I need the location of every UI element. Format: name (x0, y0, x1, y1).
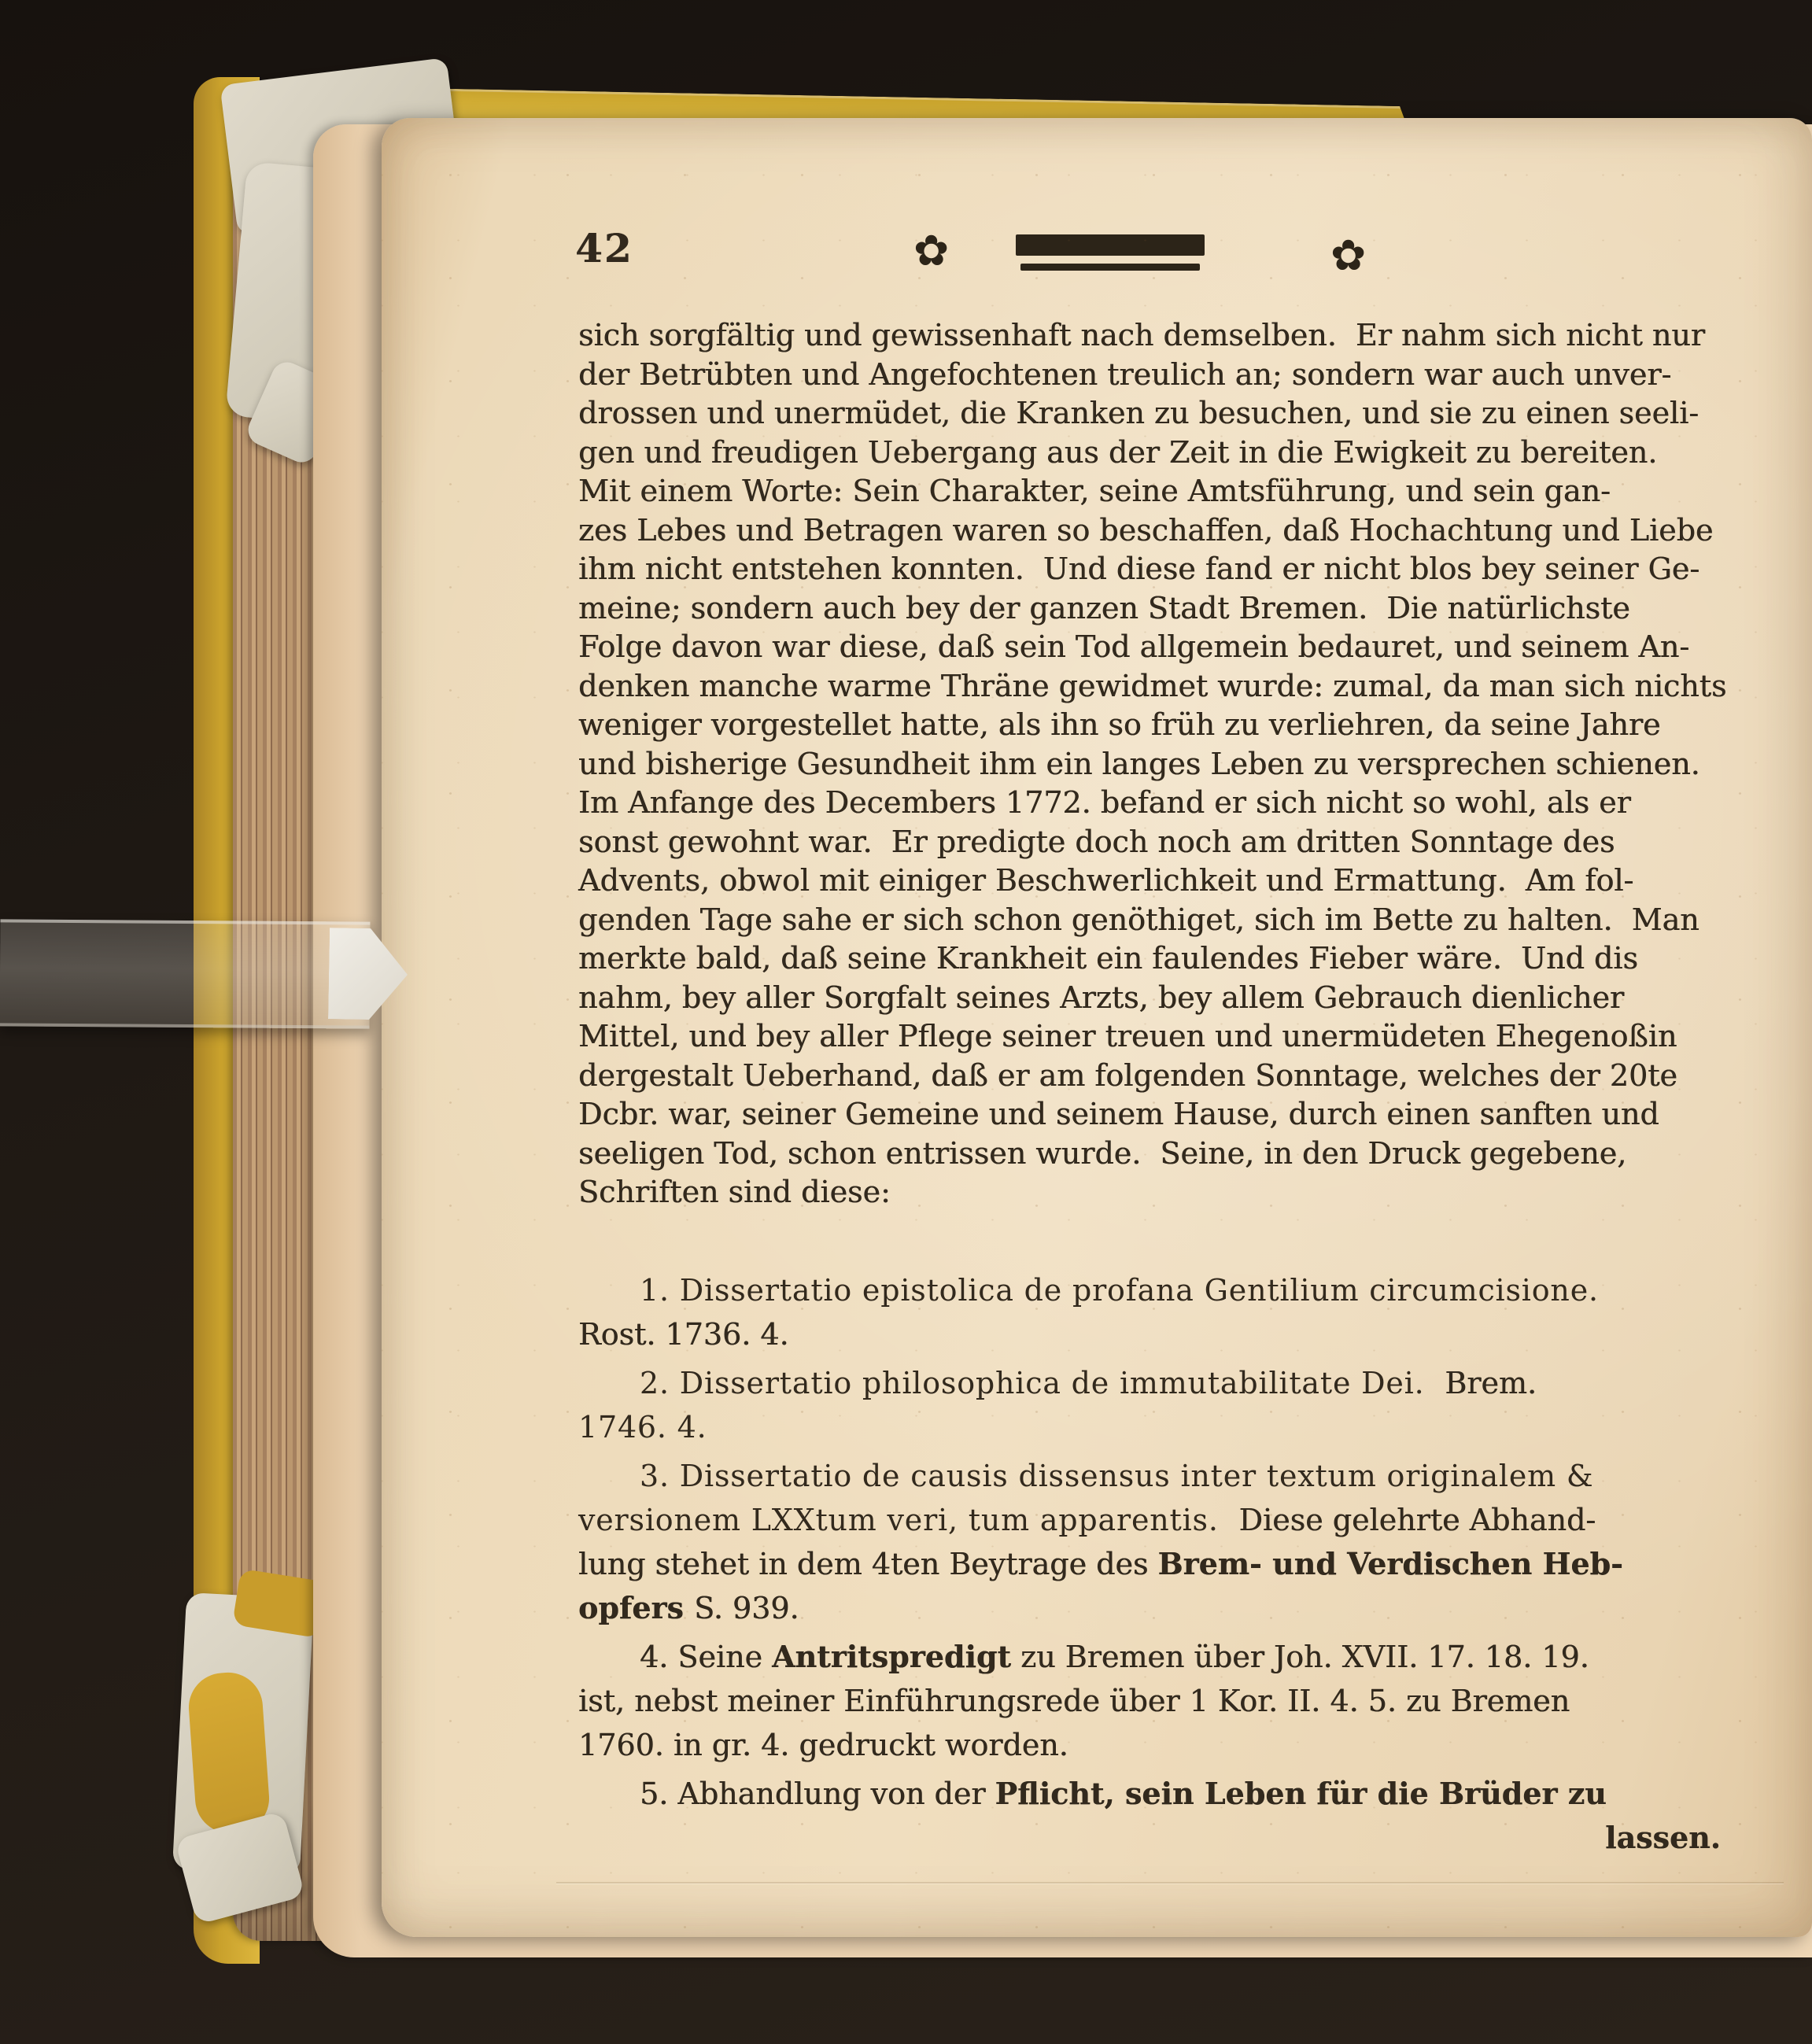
text-line: 4. Seine Antritspredigt zu Bremen über J… (578, 1635, 1721, 1679)
text-segment: Pflicht, sein Leben für die Brüder zu (995, 1776, 1607, 1811)
text-line: genden Tage sahe er sich schon genöthige… (578, 901, 1735, 940)
text-segment: 4. Seine (640, 1640, 772, 1674)
text-line: Mittel, und bey aller Pflege seiner treu… (578, 1017, 1735, 1057)
text-segment: 1. Dissertatio epistolica de profana Gen… (640, 1273, 1599, 1308)
text-segment: 5. Abhandlung von der (640, 1777, 995, 1811)
text-line: lassen. (578, 1816, 1721, 1860)
text-line: dergestalt Ueberhand, daß er am folgende… (578, 1057, 1735, 1096)
body-text: sich sorgfältig und gewissenhaft nach de… (578, 316, 1735, 1212)
text-segment: ist, nebst meiner Einführungsrede über 1… (578, 1684, 1570, 1718)
text-segment: lung stehet in dem 4ten Beytrage des (578, 1547, 1157, 1581)
cover-fragment (186, 1670, 271, 1836)
text-line: opfers S. 939. (578, 1586, 1721, 1630)
text-line: ihm nicht entstehen konnten. Und diese f… (578, 550, 1735, 589)
text-line: 2. Dissertatio philosophica de immutabil… (578, 1361, 1721, 1405)
text-line: 1. Dissertatio epistolica de profana Gen… (578, 1268, 1721, 1312)
text-line: Mit einem Worte: Sein Charakter, seine A… (578, 472, 1735, 511)
text-segment: opfers (578, 1590, 694, 1625)
publication-item: 5. Abhandlung von der Pflicht, sein Lebe… (578, 1772, 1721, 1860)
text-line: seeligen Tod, schon entrissen wurde. Sei… (578, 1135, 1735, 1174)
publication-item: 2. Dissertatio philosophica de immutabil… (578, 1361, 1721, 1449)
florette-ornament-icon: ✿ (1330, 234, 1366, 277)
text-line: Dcbr. war, seiner Gemeine und seinem Hau… (578, 1095, 1735, 1135)
text-segment: 2. Dissertatio philosophica de immutabil… (640, 1366, 1445, 1400)
publication-item: 3. Dissertatio de causis dissensus inter… (578, 1454, 1721, 1630)
text-line: meine; sondern auch bey der ganzen Stadt… (578, 589, 1735, 629)
text-line: ist, nebst meiner Einführungsrede über 1… (578, 1679, 1721, 1723)
text-segment: Antritspredigt (772, 1639, 1011, 1674)
text-line: 5. Abhandlung von der Pflicht, sein Lebe… (578, 1772, 1721, 1816)
text-line: 1746. 4. (578, 1405, 1721, 1449)
text-segment: 1746. 4. (578, 1410, 707, 1444)
publication-item: 4. Seine Antritspredigt zu Bremen über J… (578, 1635, 1721, 1767)
text-line: denken manche warme Thräne gewidmet wurd… (578, 667, 1735, 707)
text-segment: S. 939. (694, 1591, 799, 1625)
text-segment: zu Bremen über Joh. XVII. 17. 18. 19. (1011, 1640, 1589, 1674)
text-line: sich sorgfältig und gewissenhaft nach de… (578, 316, 1735, 356)
text-segment: versionem LXXtum veri, tum apparentis. (578, 1503, 1238, 1537)
text-segment: Diese gelehrte Abhand- (1238, 1503, 1596, 1537)
thin-rule (1020, 264, 1200, 271)
text-line: nahm, bey aller Sorgfalt seines Arzts, b… (578, 979, 1735, 1018)
text-segment: Brem. (1445, 1366, 1537, 1400)
publications-list: 1. Dissertatio epistolica de profana Gen… (578, 1268, 1721, 1865)
publication-item: 1. Dissertatio epistolica de profana Gen… (578, 1268, 1721, 1356)
text-line: weniger vorgestellet hatte, als ihn so f… (578, 706, 1735, 745)
text-line: zes Lebes und Betragen waren so beschaff… (578, 511, 1735, 551)
text-line: gen und freudigen Uebergang aus der Zeit… (578, 434, 1735, 473)
text-line: lung stehet in dem 4ten Beytrage des Bre… (578, 1542, 1721, 1586)
text-line: Advents, obwol mit einiger Beschwerlichk… (578, 862, 1735, 901)
text-segment: Brem- und Verdischen Heb- (1157, 1546, 1622, 1581)
text-segment: lassen. (1605, 1820, 1721, 1855)
text-line: und bisherige Gesundheit ihm ein langes … (578, 745, 1735, 784)
impressed-line (556, 1882, 1784, 1884)
florette-ornament-icon: ✿ (913, 230, 949, 272)
page-number: 42 (575, 225, 633, 271)
text-line: der Betrübten und Angefochtenen treulich… (578, 356, 1735, 395)
text-line: Im Anfange des Decembers 1772. befand er… (578, 784, 1735, 823)
bookmark-strip (0, 919, 370, 1028)
photo-background: 42 ✿ ✿ sich sorgfältig und gewissenhaft … (0, 0, 1812, 2044)
text-line: sonst gewohnt war. Er predigte doch noch… (578, 823, 1735, 862)
book-page: 42 ✿ ✿ sich sorgfältig und gewissenhaft … (382, 118, 1812, 1937)
double-rule-ornament (1016, 234, 1208, 271)
text-line: drossen und unermüdet, die Kranken zu be… (578, 394, 1735, 434)
text-line: 1760. in gr. 4. gedruckt worden. (578, 1723, 1721, 1767)
text-line: Rost. 1736. 4. (578, 1312, 1721, 1356)
text-line: Schriften sind diese: (578, 1173, 1735, 1212)
text-line: Folge davon war diese, daß sein Tod allg… (578, 628, 1735, 667)
text-line: 3. Dissertatio de causis dissensus inter… (578, 1454, 1721, 1498)
text-line: merkte bald, daß seine Krankheit ein fau… (578, 939, 1735, 979)
text-segment: Rost. 1736. 4. (578, 1317, 789, 1352)
text-segment: 1760. in gr. 4. gedruckt worden. (578, 1728, 1068, 1762)
thick-rule (1016, 234, 1205, 256)
text-line: versionem LXXtum veri, tum apparentis. D… (578, 1498, 1721, 1542)
text-segment: 3. Dissertatio de causis dissensus inter… (640, 1459, 1594, 1493)
